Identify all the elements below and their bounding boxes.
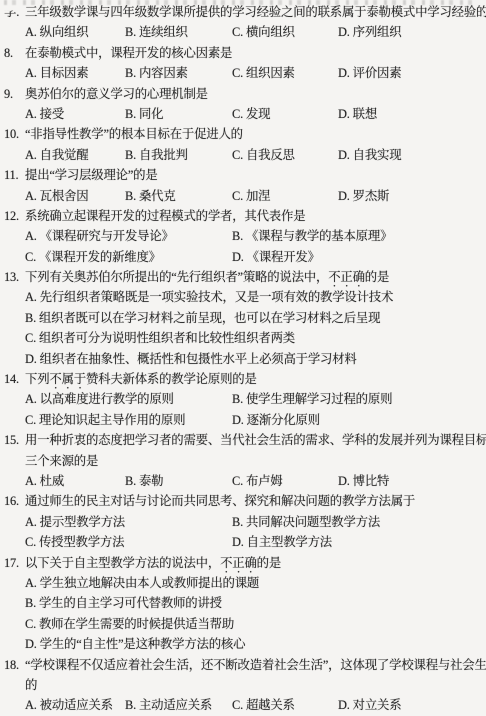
- option-label: C.: [232, 474, 243, 488]
- option-label: A.: [25, 698, 37, 712]
- option-label: D.: [338, 25, 350, 39]
- question-segment: 下列有关奥苏伯尔所提出的“先行组织者”策略的说法中，: [25, 270, 328, 284]
- option-label: C.: [25, 617, 36, 631]
- question-line: 学.三年级数学课与四年级数学课所提供的学习经验之间的联系属于泰勒模式中学习经验的: [0, 2, 486, 22]
- question-line: 12.系统确立起课程开发的过程模式的学者，其代表作是: [0, 206, 486, 226]
- option-label: B.: [232, 392, 243, 406]
- option-label: B.: [125, 474, 136, 488]
- option-label: A.: [25, 25, 37, 39]
- option-C: C.教师在学生需要的时候提供适当帮助: [25, 614, 234, 634]
- option-D: D.《课程开发》: [232, 247, 320, 267]
- emphasis-text: 不属于: [49, 372, 86, 386]
- option-text: 泰勒: [139, 474, 163, 488]
- option-C: C.理论知识起主导作用的原则: [25, 410, 185, 430]
- question-segment: 提出“学习层级理论”的是: [25, 168, 158, 182]
- option-label: D.: [25, 352, 37, 366]
- continuation-text: 三个来源的是: [25, 454, 98, 468]
- option-A: A.接受: [25, 104, 64, 124]
- option-text: 教师在学生需要的时候提供适当帮助: [39, 617, 234, 631]
- option-B: B.泰勒: [125, 471, 163, 491]
- option-label: D.: [338, 148, 350, 162]
- question-number: 9.: [4, 84, 20, 104]
- options-row: A.以高难度进行教学的原则B.使学生理解学习过程的原则: [0, 389, 486, 409]
- option-label: C.: [232, 107, 243, 121]
- option-label: C.: [232, 66, 243, 80]
- option-A: A.自我觉醒: [25, 145, 88, 165]
- option-label: C.: [25, 250, 36, 264]
- question-line: 9.奥苏伯尔的意义学习的心理机制是: [0, 84, 486, 104]
- option-label: C.: [25, 331, 36, 345]
- options-row: C.《课程开发的新维度》D.《课程开发》: [0, 247, 486, 267]
- option-text: 先行组织者策略既是一项实验技术，又是一项有效的教学设计技术: [40, 290, 394, 304]
- option-text: 纵向组织: [40, 25, 89, 39]
- option-C: C.组织因素: [232, 63, 295, 83]
- continuation-line: 三个来源的是: [0, 451, 486, 471]
- option-B: B.自我批判: [125, 145, 188, 165]
- option-A: A.学生独立地解决由本人或教师提出的课题: [25, 573, 259, 593]
- option-text: 发现: [246, 107, 270, 121]
- emphasis-text: 不正确: [220, 556, 257, 570]
- option-label: B.: [25, 311, 36, 325]
- option-B: B.桑代克: [125, 186, 176, 206]
- option-D: D.联想: [338, 104, 377, 124]
- option-line: D.学生的“自主性”是这种教学方法的核心: [0, 634, 486, 654]
- question-segment: “学校课程不仅适应着社会生活，还不断改造着社会生活”，这体现了学校课程与社会生活: [25, 658, 486, 672]
- question-number: 15.: [4, 430, 20, 450]
- option-label: C.: [232, 25, 243, 39]
- question-segment: 下列: [25, 372, 49, 386]
- option-C: C.加涅: [232, 186, 270, 206]
- option-text: 《课程开发的新维度》: [39, 250, 161, 264]
- option-text: 横向组织: [246, 25, 295, 39]
- option-C: C.传授型教学方法: [25, 532, 124, 552]
- option-text: 评价因素: [353, 66, 402, 80]
- option-text: 同化: [139, 107, 163, 121]
- option-text: 自主型教学方法: [247, 535, 332, 549]
- question-line: 18.“学校课程不仅适应着社会生活，还不断改造着社会生活”，这体现了学校课程与社…: [0, 655, 486, 675]
- option-text: 博比特: [353, 474, 390, 488]
- option-label: A.: [25, 474, 37, 488]
- option-label: C.: [232, 698, 243, 712]
- option-label: D.: [338, 107, 350, 121]
- options-row: A.目标因素B.内容因素C.组织因素D.评价因素: [0, 63, 486, 83]
- question-number: 8.: [4, 43, 20, 63]
- option-text: 共同解决问题型教学方法: [246, 515, 380, 529]
- option-label: B.: [125, 148, 136, 162]
- option-label: C.: [232, 148, 243, 162]
- options-row: A.自我觉醒B.自我批判C.自我反思D.自我实现: [0, 145, 486, 165]
- option-label: A.: [25, 107, 37, 121]
- option-label: C.: [25, 535, 36, 549]
- question-line: 10.“非指导性教学”的根本目标在于促进人的: [0, 124, 486, 144]
- options-row: A.被动适应关系B.主动适应关系C.超越关系D.对立关系: [0, 695, 486, 715]
- option-A: A.被动适应关系: [25, 695, 113, 715]
- option-A: A.纵向组织: [25, 22, 88, 42]
- question-line: 17.以下关于自主型教学方法的说法中，不正确的是: [0, 553, 486, 573]
- question-segment: 以下关于自主型教学方法的说法中，: [25, 556, 220, 570]
- question-line: 11.提出“学习层级理论”的是: [0, 165, 486, 185]
- question-number: 18.: [4, 655, 20, 675]
- option-A: A.提示型教学方法: [25, 512, 125, 532]
- emphasis-text: 不正确: [328, 270, 365, 284]
- option-B: B.组织者既可以在学习材料之前呈现，也可以在学习材料之后呈现: [25, 308, 380, 328]
- option-text: 《课程研究与开发导论》: [40, 229, 174, 243]
- option-label: B.: [125, 25, 136, 39]
- continuation-line: 的: [0, 675, 486, 695]
- option-label: D.: [338, 698, 350, 712]
- option-label: A.: [25, 576, 37, 590]
- option-text: 自我实现: [353, 148, 402, 162]
- option-line: A.先行组织者策略既是一项实验技术，又是一项有效的教学设计技术: [0, 287, 486, 307]
- question-text: 下列不属于赞科夫新体系的教学论原则的是: [25, 372, 257, 386]
- option-D: D.序列组织: [338, 22, 401, 42]
- option-text: 组织因素: [246, 66, 295, 80]
- option-C: C.自我反思: [232, 145, 295, 165]
- question-segment: 三年级数学课与四年级数学课所提供的学习经验之间的联系属于泰勒模式中学习经验的: [25, 5, 486, 19]
- question-number: 10.: [4, 124, 20, 144]
- question-segment: 在泰勒模式中，课程开发的核心因素是: [25, 46, 232, 60]
- question-text: “学校课程不仅适应着社会生活，还不断改造着社会生活”，这体现了学校课程与社会生活: [25, 658, 486, 672]
- option-D: D.组织者在抽象性、概括性和包摄性水平上必须高于学习材料: [25, 349, 357, 369]
- option-text: 杜威: [40, 474, 64, 488]
- option-B: B.学生的自主学习可代替教师的讲授: [25, 593, 222, 613]
- option-text: 自我反思: [246, 148, 295, 162]
- option-A: A.《课程研究与开发导论》: [25, 226, 174, 246]
- option-D: D.罗杰斯: [338, 186, 389, 206]
- question-segment: “非指导性教学”的根本目标在于促进人的: [25, 127, 243, 141]
- question-text: 通过师生的民主对话与讨论而共同思考、探究和解决问题的教学方法属于: [25, 494, 415, 508]
- option-A: A.以高难度进行教学的原则: [25, 389, 174, 409]
- option-text: 学生独立地解决由本人或教师提出的课题: [40, 576, 259, 590]
- option-label: B.: [232, 229, 243, 243]
- question-segment: 系统确立起课程开发的过程模式的学者，其代表作是: [25, 209, 305, 223]
- option-C: C.横向组织: [232, 22, 295, 42]
- option-C: C.《课程开发的新维度》: [25, 247, 161, 267]
- options-row: A.杜威B.泰勒C.布卢姆D.博比特: [0, 471, 486, 491]
- option-D: D.逐渐分化原则: [232, 410, 320, 430]
- option-text: 加涅: [246, 189, 270, 203]
- question-line: 14.下列不属于赞科夫新体系的教学论原则的是: [0, 369, 486, 389]
- options-row: A.瓦根舍因B.桑代克C.加涅D.罗杰斯: [0, 186, 486, 206]
- option-text: 目标因素: [40, 66, 89, 80]
- question-line: 16.通过师生的民主对话与讨论而共同思考、探究和解决问题的教学方法属于: [0, 491, 486, 511]
- option-A: A.杜威: [25, 471, 64, 491]
- question-line: 8.在泰勒模式中，课程开发的核心因素是: [0, 43, 486, 63]
- option-label: B.: [125, 698, 136, 712]
- option-text: 连续组织: [139, 25, 188, 39]
- option-C: C.组织者可分为说明性组织者和比较性组织者两类: [25, 328, 295, 348]
- option-label: B.: [125, 66, 136, 80]
- option-text: 超越关系: [246, 698, 295, 712]
- option-text: 传授型教学方法: [39, 535, 124, 549]
- option-text: 组织者可分为说明性组织者和比较性组织者两类: [39, 331, 295, 345]
- option-D: D.对立关系: [338, 695, 401, 715]
- option-D: D.学生的“自主性”是这种教学方法的核心: [25, 634, 245, 654]
- option-C: C.超越关系: [232, 695, 295, 715]
- question-text: 系统确立起课程开发的过程模式的学者，其代表作是: [25, 209, 305, 223]
- options-row: A.提示型教学方法B.共同解决问题型教学方法: [0, 512, 486, 532]
- option-D: D.评价因素: [338, 63, 401, 83]
- option-label: A.: [25, 392, 37, 406]
- question-segment: 的是: [257, 556, 281, 570]
- option-label: A.: [25, 189, 37, 203]
- option-B: B.内容因素: [125, 63, 188, 83]
- option-line: C.教师在学生需要的时候提供适当帮助: [0, 614, 486, 634]
- option-B: B.共同解决问题型教学方法: [232, 512, 380, 532]
- question-line: 13.下列有关奥苏伯尔所提出的“先行组织者”策略的说法中，不正确的是: [0, 267, 486, 287]
- question-text: 在泰勒模式中，课程开发的核心因素是: [25, 46, 232, 60]
- option-D: D.博比特: [338, 471, 389, 491]
- options-row: C.传授型教学方法D.自主型教学方法: [0, 532, 486, 552]
- option-label: D.: [232, 535, 244, 549]
- options-row: C.理论知识起主导作用的原则D.逐渐分化原则: [0, 410, 486, 430]
- option-line: B.组织者既可以在学习材料之前呈现，也可以在学习材料之后呈现: [0, 308, 486, 328]
- option-label: D.: [25, 637, 37, 651]
- option-text: 理论知识起主导作用的原则: [39, 413, 185, 427]
- option-label: A.: [25, 66, 37, 80]
- question-number: 学.: [4, 2, 20, 22]
- option-label: A.: [25, 290, 37, 304]
- option-text: 自我觉醒: [40, 148, 89, 162]
- option-label: B.: [25, 596, 36, 610]
- option-text: 逐渐分化原则: [247, 413, 320, 427]
- option-B: B.主动适应关系: [125, 695, 212, 715]
- question-segment: 通过师生的民主对话与讨论而共同思考、探究和解决问题的教学方法属于: [25, 494, 415, 508]
- option-text: 内容因素: [139, 66, 188, 80]
- question-segment: 的是: [365, 270, 389, 284]
- option-text: 罗杰斯: [353, 189, 390, 203]
- option-text: 瓦根舍因: [40, 189, 89, 203]
- option-A: A.先行组织者策略既是一项实验技术，又是一项有效的教学设计技术: [25, 287, 393, 307]
- option-line: D.组织者在抽象性、概括性和包摄性水平上必须高于学习材料: [0, 349, 486, 369]
- options-row: A.纵向组织B.连续组织C.横向组织D.序列组织: [0, 22, 486, 42]
- option-label: D.: [232, 250, 244, 264]
- option-B: B.《课程与教学的基本原理》: [232, 226, 392, 246]
- option-B: B.连续组织: [125, 22, 188, 42]
- option-B: B.同化: [125, 104, 163, 124]
- option-B: B.使学生理解学习过程的原则: [232, 389, 392, 409]
- option-text: 学生的“自主性”是这种教学方法的核心: [40, 637, 246, 651]
- question-segment: 赞科夫新体系的教学论原则的是: [86, 372, 257, 386]
- options-row: A.接受B.同化C.发现D.联想: [0, 104, 486, 124]
- option-label: D.: [338, 66, 350, 80]
- option-text: 提示型教学方法: [40, 515, 125, 529]
- question-segment: 用一种折衷的态度把学习者的需要、当代社会生活的需求、学科的发展并列为课程目标的: [25, 433, 486, 447]
- option-label: B.: [232, 515, 243, 529]
- question-line: 15.用一种折衷的态度把学习者的需要、当代社会生活的需求、学科的发展并列为课程目…: [0, 430, 486, 450]
- options-row: A.《课程研究与开发导论》B.《课程与教学的基本原理》: [0, 226, 486, 246]
- option-C: C.布卢姆: [232, 471, 283, 491]
- option-label: D.: [338, 189, 350, 203]
- option-line: C.组织者可分为说明性组织者和比较性组织者两类: [0, 328, 486, 348]
- option-A: A.瓦根舍因: [25, 186, 88, 206]
- option-text: 桑代克: [139, 189, 176, 203]
- option-line: B.学生的自主学习可代替教师的讲授: [0, 593, 486, 613]
- option-label: A.: [25, 148, 37, 162]
- option-A: A.目标因素: [25, 63, 88, 83]
- exam-page: 学.三年级数学课与四年级数学课所提供的学习经验之间的联系属于泰勒模式中学习经验的…: [0, 0, 486, 716]
- question-text: 奥苏伯尔的意义学习的心理机制是: [25, 87, 208, 101]
- option-text: 接受: [40, 107, 64, 121]
- question-text: 下列有关奥苏伯尔所提出的“先行组织者”策略的说法中，不正确的是: [25, 270, 389, 284]
- option-text: 组织者既可以在学习材料之前呈现，也可以在学习材料之后呈现: [39, 311, 380, 325]
- option-label: B.: [125, 189, 136, 203]
- option-text: 布卢姆: [246, 474, 283, 488]
- question-text: 提出“学习层级理论”的是: [25, 168, 158, 182]
- question-number: 13.: [4, 267, 20, 287]
- option-text: 主动适应关系: [139, 698, 212, 712]
- question-text: 三年级数学课与四年级数学课所提供的学习经验之间的联系属于泰勒模式中学习经验的: [25, 5, 486, 19]
- question-number: 17.: [4, 553, 20, 573]
- option-label: C.: [232, 189, 243, 203]
- option-label: A.: [25, 515, 37, 529]
- option-text: 序列组织: [353, 25, 402, 39]
- option-line: A.学生独立地解决由本人或教师提出的课题: [0, 573, 486, 593]
- continuation-text: 的: [25, 678, 37, 692]
- option-label: A.: [25, 229, 37, 243]
- option-label: B.: [125, 107, 136, 121]
- option-label: C.: [25, 413, 36, 427]
- option-D: D.自我实现: [338, 145, 401, 165]
- option-text: 自我批判: [139, 148, 188, 162]
- question-segment: 奥苏伯尔的意义学习的心理机制是: [25, 87, 208, 101]
- option-text: 学生的自主学习可代替教师的讲授: [39, 596, 222, 610]
- option-text: 组织者在抽象性、概括性和包摄性水平上必须高于学习材料: [40, 352, 357, 366]
- question-text: “非指导性教学”的根本目标在于促进人的: [25, 127, 243, 141]
- question-number: 16.: [4, 491, 20, 511]
- question-text: 以下关于自主型教学方法的说法中，不正确的是: [25, 556, 281, 570]
- option-text: 联想: [353, 107, 377, 121]
- option-label: D.: [338, 474, 350, 488]
- option-text: 《课程开发》: [247, 250, 320, 264]
- option-text: 对立关系: [353, 698, 402, 712]
- option-C: C.发现: [232, 104, 270, 124]
- option-D: D.自主型教学方法: [232, 532, 332, 552]
- option-label: D.: [232, 413, 244, 427]
- question-number: 12.: [4, 206, 20, 226]
- question-text: 用一种折衷的态度把学习者的需要、当代社会生活的需求、学科的发展并列为课程目标的: [25, 433, 486, 447]
- question-number: 11.: [4, 165, 20, 185]
- option-text: 使学生理解学习过程的原则: [246, 392, 392, 406]
- option-text: 以高难度进行教学的原则: [40, 392, 174, 406]
- option-text: 被动适应关系: [40, 698, 113, 712]
- question-number: 14.: [4, 369, 20, 389]
- option-text: 《课程与教学的基本原理》: [246, 229, 392, 243]
